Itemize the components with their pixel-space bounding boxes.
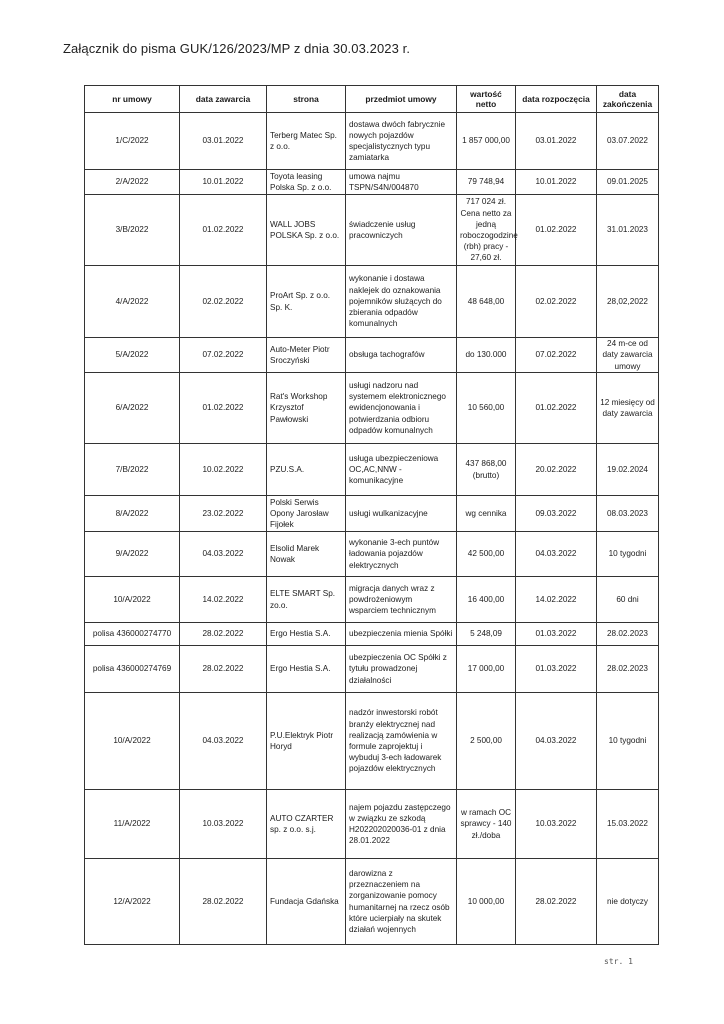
cell-data-zakonczenia: 03.07.2022 (597, 113, 659, 170)
cell-data-rozpoczecia: 02.02.2022 (516, 266, 597, 338)
cell-strona: PZU.S.A. (267, 444, 346, 496)
cell-data-zawarcia: 04.03.2022 (180, 693, 267, 790)
cell-przedmiot-umowy: ubezpieczenia OC Spółki z tytułu prowadz… (346, 646, 457, 693)
cell-data-rozpoczecia: 09.03.2022 (516, 496, 597, 532)
cell-wartosc-netto: 437 868,00 (brutto) (457, 444, 516, 496)
cell-data-zakonczenia: 28.02.2023 (597, 646, 659, 693)
cell-data-zakonczenia: 31.01.2023 (597, 195, 659, 266)
cell-wartosc-netto: 16 400,00 (457, 577, 516, 623)
cell-data-zawarcia: 04.03.2022 (180, 532, 267, 577)
cell-strona: Fundacja Gdańska (267, 859, 346, 945)
cell-data-zakonczenia: nie dotyczy (597, 859, 659, 945)
cell-data-rozpoczecia: 20.02.2022 (516, 444, 597, 496)
cell-data-zawarcia: 07.02.2022 (180, 338, 267, 373)
cell-data-zawarcia: 10.01.2022 (180, 170, 267, 195)
table-header-row: nr umowy data zawarcia strona przedmiot … (85, 86, 659, 113)
cell-nr-umowy: 3/B/2022 (85, 195, 180, 266)
cell-strona: ELTE SMART Sp. zo.o. (267, 577, 346, 623)
cell-data-rozpoczecia: 07.02.2022 (516, 338, 597, 373)
cell-data-zakonczenia: 08.03.2023 (597, 496, 659, 532)
cell-strona: Ergo Hestia S.A. (267, 623, 346, 646)
cell-przedmiot-umowy: wykonanie 3-ech puntów ładowania pojazdó… (346, 532, 457, 577)
cell-wartosc-netto: 48 648,00 (457, 266, 516, 338)
cell-strona: Toyota leasing Polska Sp. z o.o. (267, 170, 346, 195)
cell-data-zakonczenia: 60 dni (597, 577, 659, 623)
cell-data-rozpoczecia: 01.02.2022 (516, 195, 597, 266)
cell-data-zawarcia: 28.02.2022 (180, 646, 267, 693)
table-row: 10/A/202204.03.2022P.U.Elektryk Piotr Ho… (85, 693, 659, 790)
cell-nr-umowy: 7/B/2022 (85, 444, 180, 496)
table-row: 5/A/202207.02.2022Auto-Meter Piotr Srocz… (85, 338, 659, 373)
cell-data-rozpoczecia: 28.02.2022 (516, 859, 597, 945)
cell-nr-umowy: 8/A/2022 (85, 496, 180, 532)
cell-nr-umowy: 2/A/2022 (85, 170, 180, 195)
cell-strona: Terberg Matec Sp. z o.o. (267, 113, 346, 170)
cell-nr-umowy: 11/A/2022 (85, 790, 180, 859)
cell-nr-umowy: 6/A/2022 (85, 373, 180, 444)
cell-wartosc-netto: 2 500,00 (457, 693, 516, 790)
table-row: polisa 43600027477028.02.2022Ergo Hestia… (85, 623, 659, 646)
table-row: 2/A/202210.01.2022Toyota leasing Polska … (85, 170, 659, 195)
cell-nr-umowy: 5/A/2022 (85, 338, 180, 373)
cell-data-zakonczenia: 10 tygodni (597, 532, 659, 577)
header-data-rozpoczecia: data rozpoczęcia (516, 86, 597, 113)
cell-data-zakonczenia: 19.02.2024 (597, 444, 659, 496)
cell-data-zawarcia: 28.02.2022 (180, 623, 267, 646)
cell-przedmiot-umowy: usługi wulkanizacyjne (346, 496, 457, 532)
header-data-zawarcia: data zawarcia (180, 86, 267, 113)
cell-wartosc-netto: w ramach OC sprawcy - 140 zł./doba (457, 790, 516, 859)
table-row: 4/A/202202.02.2022ProArt Sp. z o.o. Sp. … (85, 266, 659, 338)
table-row: polisa 43600027476928.02.2022Ergo Hestia… (85, 646, 659, 693)
page-number: str. 1 (604, 957, 633, 966)
cell-przedmiot-umowy: wykonanie i dostawa naklejek do oznakowa… (346, 266, 457, 338)
cell-wartosc-netto: 1 857 000,00 (457, 113, 516, 170)
cell-przedmiot-umowy: usługi nadzoru nad systemem elektroniczn… (346, 373, 457, 444)
table-row: 11/A/202210.03.2022AUTO CZARTER sp. z o.… (85, 790, 659, 859)
cell-przedmiot-umowy: umowa najmu TSPN/S4N/004870 (346, 170, 457, 195)
cell-data-zawarcia: 28.02.2022 (180, 859, 267, 945)
table-row: 12/A/202228.02.2022Fundacja Gdańskadarow… (85, 859, 659, 945)
cell-wartosc-netto: 79 748,94 (457, 170, 516, 195)
table-row: 1/C/202203.01.2022Terberg Matec Sp. z o.… (85, 113, 659, 170)
cell-nr-umowy: 9/A/2022 (85, 532, 180, 577)
cell-wartosc-netto: 5 248,09 (457, 623, 516, 646)
cell-nr-umowy: 12/A/2022 (85, 859, 180, 945)
cell-strona: AUTO CZARTER sp. z o.o. s.j. (267, 790, 346, 859)
cell-data-zawarcia: 14.02.2022 (180, 577, 267, 623)
cell-data-rozpoczecia: 01.03.2022 (516, 623, 597, 646)
cell-data-zawarcia: 03.01.2022 (180, 113, 267, 170)
cell-data-rozpoczecia: 01.03.2022 (516, 646, 597, 693)
cell-data-rozpoczecia: 04.03.2022 (516, 693, 597, 790)
cell-przedmiot-umowy: ubezpieczenia mienia Spółki (346, 623, 457, 646)
cell-data-rozpoczecia: 14.02.2022 (516, 577, 597, 623)
cell-nr-umowy: 10/A/2022 (85, 693, 180, 790)
cell-wartosc-netto: 42 500,00 (457, 532, 516, 577)
cell-data-zawarcia: 01.02.2022 (180, 373, 267, 444)
cell-przedmiot-umowy: najem pojazdu zastępczego w związku ze s… (346, 790, 457, 859)
table-row: 3/B/202201.02.2022WALL JOBS POLSKA Sp. z… (85, 195, 659, 266)
cell-data-rozpoczecia: 10.01.2022 (516, 170, 597, 195)
cell-przedmiot-umowy: obsługa tachografów (346, 338, 457, 373)
cell-wartosc-netto: 17 000,00 (457, 646, 516, 693)
cell-wartosc-netto: 10 560,00 (457, 373, 516, 444)
cell-przedmiot-umowy: usługa ubezpieczeniowa OC,AC,NNW - komun… (346, 444, 457, 496)
cell-wartosc-netto: do 130.000 (457, 338, 516, 373)
header-przedmiot-umowy: przedmiot umowy (346, 86, 457, 113)
cell-data-zawarcia: 01.02.2022 (180, 195, 267, 266)
cell-data-zawarcia: 10.02.2022 (180, 444, 267, 496)
table-row: 7/B/202210.02.2022PZU.S.A.usługa ubezpie… (85, 444, 659, 496)
cell-strona: Auto-Meter Piotr Sroczyński (267, 338, 346, 373)
cell-przedmiot-umowy: darowizna z przeznaczeniem na zorganizow… (346, 859, 457, 945)
table-row: 9/A/202204.03.2022Elsolid Marek Nowakwyk… (85, 532, 659, 577)
cell-data-rozpoczecia: 10.03.2022 (516, 790, 597, 859)
cell-wartosc-netto: wg cennika (457, 496, 516, 532)
cell-nr-umowy: 4/A/2022 (85, 266, 180, 338)
cell-przedmiot-umowy: dostawa dwóch fabrycznie nowych pojazdów… (346, 113, 457, 170)
cell-data-zakonczenia: 12 miesięcy od daty zawarcia (597, 373, 659, 444)
cell-nr-umowy: polisa 436000274770 (85, 623, 180, 646)
cell-data-rozpoczecia: 01.02.2022 (516, 373, 597, 444)
cell-strona: WALL JOBS POLSKA Sp. z o.o. (267, 195, 346, 266)
cell-data-zakonczenia: 15.03.2022 (597, 790, 659, 859)
cell-przedmiot-umowy: świadczenie usług pracowniczych (346, 195, 457, 266)
table-row: 6/A/202201.02.2022Rat's Workshop Krzyszt… (85, 373, 659, 444)
cell-data-zawarcia: 02.02.2022 (180, 266, 267, 338)
cell-strona: Rat's Workshop Krzysztof Pawłowski (267, 373, 346, 444)
cell-strona: Ergo Hestia S.A. (267, 646, 346, 693)
contracts-table: nr umowy data zawarcia strona przedmiot … (84, 85, 659, 945)
document-title: Załącznik do pisma GUK/126/2023/MP z dni… (63, 41, 410, 56)
cell-data-rozpoczecia: 03.01.2022 (516, 113, 597, 170)
cell-data-rozpoczecia: 04.03.2022 (516, 532, 597, 577)
cell-przedmiot-umowy: migracja danych wraz z powdrożeniowym ws… (346, 577, 457, 623)
cell-data-zakonczenia: 28,02,2022 (597, 266, 659, 338)
cell-strona: P.U.Elektryk Piotr Horyd (267, 693, 346, 790)
table-row: 10/A/202214.02.2022ELTE SMART Sp. zo.o.m… (85, 577, 659, 623)
cell-wartosc-netto: 717 024 zł. Cena netto za jedną roboczog… (457, 195, 516, 266)
cell-strona: Polski Serwis Opony Jarosław Fijołek (267, 496, 346, 532)
cell-nr-umowy: polisa 436000274769 (85, 646, 180, 693)
cell-nr-umowy: 1/C/2022 (85, 113, 180, 170)
table-row: 8/A/202223.02.2022Polski Serwis Opony Ja… (85, 496, 659, 532)
cell-strona: ProArt Sp. z o.o. Sp. K. (267, 266, 346, 338)
cell-przedmiot-umowy: nadzór inwestorski robót branży elektryc… (346, 693, 457, 790)
cell-data-zawarcia: 10.03.2022 (180, 790, 267, 859)
cell-nr-umowy: 10/A/2022 (85, 577, 180, 623)
header-wartosc-netto: wartość netto (457, 86, 516, 113)
cell-data-zakonczenia: 10 tygodni (597, 693, 659, 790)
header-strona: strona (267, 86, 346, 113)
cell-data-zawarcia: 23.02.2022 (180, 496, 267, 532)
header-nr-umowy: nr umowy (85, 86, 180, 113)
cell-wartosc-netto: 10 000,00 (457, 859, 516, 945)
header-data-zakonczenia: data zakończenia (597, 86, 659, 113)
cell-strona: Elsolid Marek Nowak (267, 532, 346, 577)
cell-data-zakonczenia: 09.01.2025 (597, 170, 659, 195)
cell-data-zakonczenia: 28.02.2023 (597, 623, 659, 646)
cell-data-zakonczenia: 24 m-ce od daty zawarcia umowy (597, 338, 659, 373)
